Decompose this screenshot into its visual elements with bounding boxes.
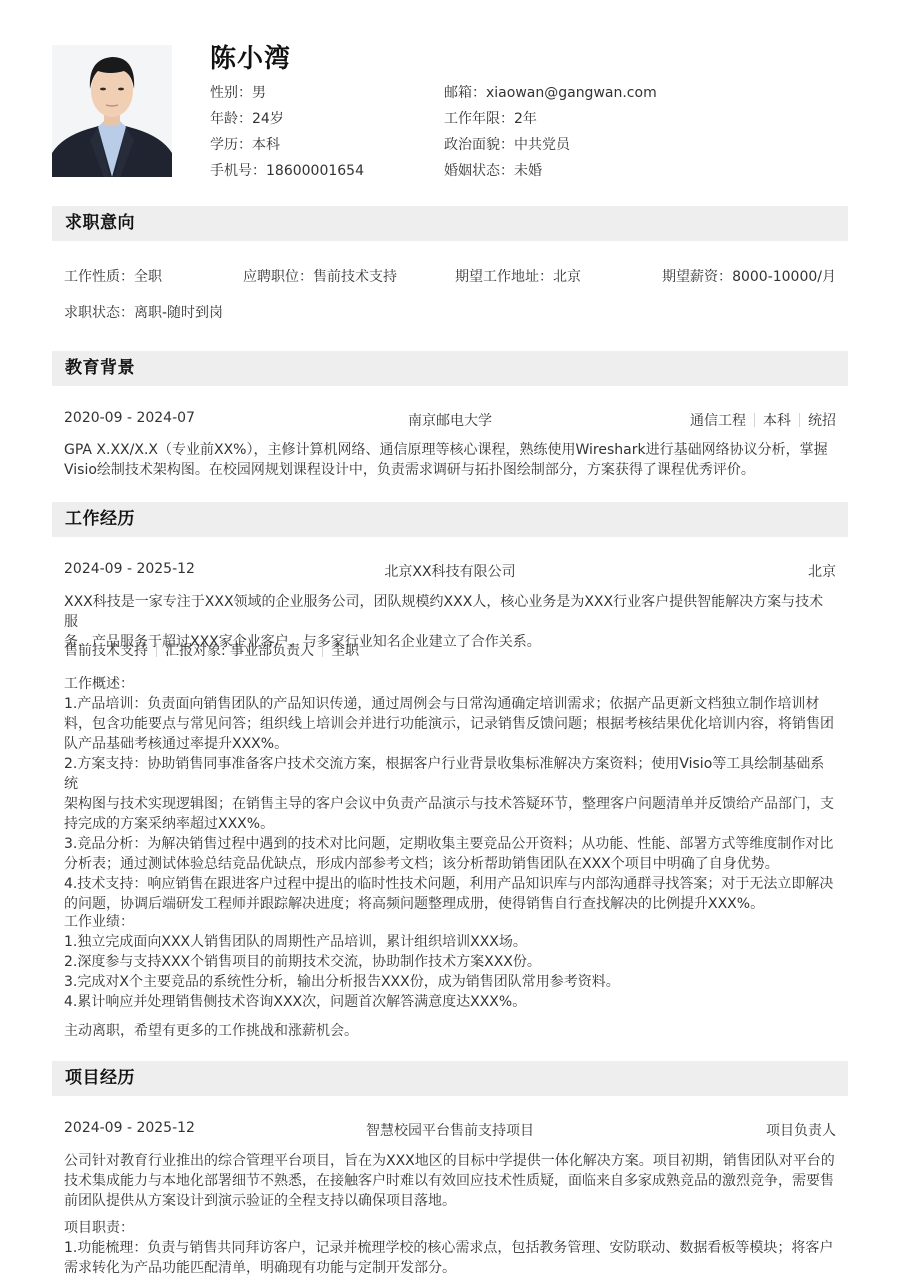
gender-row: 性别：男 bbox=[210, 80, 364, 106]
email-value[interactable]: xiaowan@gangwan.com bbox=[486, 85, 657, 101]
gender-label: 性别： bbox=[210, 85, 252, 101]
education-description: GPA X.XX/X.X（专业前XX%），主修计算机网络、通信原理等核心课程，熟… bbox=[64, 440, 836, 480]
work-years-label: 工作年限： bbox=[444, 111, 514, 127]
basic-info-right: 邮箱：xiaowan@gangwan.com 工作年限：2年 政治面貌：中共党员… bbox=[444, 80, 657, 184]
divider bbox=[754, 413, 755, 427]
text-line: 前团队提供从方案设计到演示验证的全程支持以确保项目落地。 bbox=[64, 1191, 836, 1211]
intent-label: 期望薪资： bbox=[662, 269, 732, 285]
achievements-title: 工作业绩： bbox=[64, 912, 836, 932]
phone-value[interactable]: 18600001654 bbox=[266, 163, 364, 179]
work-years-row: 工作年限：2年 bbox=[444, 106, 657, 132]
email-label: 邮箱： bbox=[444, 85, 486, 101]
text-line: 4.累计响应并处理销售侧技术咨询XXX次，问题首次解答满意度达XXX%。 bbox=[64, 992, 836, 1012]
profile-photo bbox=[52, 45, 172, 177]
intent-value: 离职-随时到岗 bbox=[134, 305, 223, 321]
summary-title: 工作概述： bbox=[64, 674, 836, 694]
section-header-education: 教育背景 bbox=[52, 351, 848, 386]
section-title: 工作经历 bbox=[65, 502, 135, 537]
age-label: 年龄： bbox=[210, 111, 252, 127]
intent-label: 应聘职位： bbox=[243, 269, 313, 285]
report-to-tag: 汇报对象: 事业部负责人 bbox=[165, 643, 314, 659]
enrollment-tag: 统招 bbox=[808, 413, 836, 429]
project-name: 智慧校园平台售前支持项目 bbox=[64, 1120, 836, 1140]
text-line: 需求转化为产品功能匹配清单，明确现有功能与定制开发部分。 bbox=[64, 1258, 836, 1275]
marital-status-row: 婚姻状态：未婚 bbox=[444, 158, 657, 184]
intent-label: 工作性质： bbox=[64, 269, 134, 285]
education-tags: 通信工程本科统招 bbox=[690, 410, 836, 430]
candidate-name: 陈小湾 bbox=[210, 38, 291, 75]
work-summary: 工作概述： 1.产品培训：负责面向销售团队的产品知识传递，通过周例会与日常沟通确… bbox=[64, 674, 836, 914]
political-status-row: 政治面貌：中共党员 bbox=[444, 132, 657, 158]
leave-reason: 主动离职，希望有更多的工作挑战和涨薪机会。 bbox=[64, 1020, 836, 1040]
gender-value: 男 bbox=[252, 85, 266, 101]
person-photo-icon bbox=[52, 45, 172, 177]
section-header-job-intent: 求职意向 bbox=[52, 206, 848, 241]
intent-value: 北京 bbox=[553, 269, 581, 285]
work-years-value: 2年 bbox=[514, 111, 537, 127]
text-line: 的问题，协调后端研发工程师并跟踪解决进度；将高频问题整理成册，使得销售自行查找解… bbox=[64, 894, 836, 914]
section-header-work: 工作经历 bbox=[52, 502, 848, 537]
intent-label: 求职状态： bbox=[64, 305, 134, 321]
basic-info-left: 性别：男 年龄：24岁 学历：本科 手机号：18600001654 bbox=[210, 80, 364, 184]
age-value: 24岁 bbox=[252, 111, 284, 127]
text-line: 1.功能梳理：负责与销售共同拜访客户，记录并梳理学校的核心需求点，包括教务管理、… bbox=[64, 1238, 836, 1258]
text-line: 架构图与技术实现逻辑图；在销售主导的客户会议中负责产品演示与技术答疑环节，整理客… bbox=[64, 794, 836, 814]
text-line: 分析表；通过测试体验总结竞品优缺点，形成内部参考文档；该分析帮助销售团队在XXX… bbox=[64, 854, 836, 874]
text-line: Visio绘制技术架构图。在校园网规划课程设计中，负责需求调研与拓扑图绘制部分，… bbox=[64, 460, 836, 480]
intent-work-type: 工作性质：全职 bbox=[64, 266, 162, 286]
intent-position: 应聘职位：售前技术支持 bbox=[243, 266, 397, 286]
text-line: 技术集成能力与本地化部署细节不熟悉，在接触客户时难以有效回应技术性质疑，面临来自… bbox=[64, 1171, 836, 1191]
text-line: 持完成的方案采纳率超过XXX%。 bbox=[64, 814, 836, 834]
age-row: 年龄：24岁 bbox=[210, 106, 364, 132]
degree-tag: 本科 bbox=[763, 413, 791, 429]
text-line: 3.完成对X个主要竞品的系统性分析，输出分析报告XXX份，成为销售团队常用参考资… bbox=[64, 972, 836, 992]
divider bbox=[156, 643, 157, 657]
intent-location: 期望工作地址：北京 bbox=[455, 266, 581, 286]
major-tag: 通信工程 bbox=[690, 413, 746, 429]
text-line: 料，包含功能要点与常见问答；组织线上培训会并进行功能演示，记录销售反馈问题；根据… bbox=[64, 714, 836, 734]
text-line: 队产品基础考核通过率提升XXX%。 bbox=[64, 734, 836, 754]
political-status-label: 政治面貌： bbox=[444, 137, 514, 153]
education-entry-header: 2020-09 - 2024-07 南京邮电大学 通信工程本科统招 bbox=[64, 410, 836, 430]
text-line: XXX科技是一家专注于XXX领域的企业服务公司，团队规模约XXX人，核心业务是为… bbox=[64, 592, 836, 632]
intent-salary: 期望薪资：8000-10000/月 bbox=[662, 266, 836, 286]
project-intro: 公司针对教育行业推出的综合管理平台项目，旨在为XXX地区的目标中学提供一体化解决… bbox=[64, 1151, 836, 1211]
text-line: 2.深度参与支持XXX个销售项目的前期技术交流，协助制作技术方案XXX份。 bbox=[64, 952, 836, 972]
work-location: 北京 bbox=[808, 561, 836, 581]
work-tags: 售前技术支持汇报对象: 事业部负责人全职 bbox=[64, 640, 836, 660]
employment-type-tag: 全职 bbox=[331, 643, 359, 659]
project-role: 项目负责人 bbox=[766, 1120, 836, 1140]
text-line: 4.技术支持：响应销售在跟进客户过程中提出的临时性技术问题，利用产品知识库与内部… bbox=[64, 874, 836, 894]
resume-page: 陈小湾 性别：男 年龄：24岁 学历：本科 手机号：18600001654 邮箱… bbox=[0, 0, 900, 1275]
divider bbox=[799, 413, 800, 427]
text-line: GPA X.XX/X.X（专业前XX%），主修计算机网络、通信原理等核心课程，熟… bbox=[64, 440, 836, 460]
degree-row: 学历：本科 bbox=[210, 132, 364, 158]
political-status-value: 中共党员 bbox=[514, 137, 570, 153]
intent-value: 售前技术支持 bbox=[313, 269, 397, 285]
marital-status-label: 婚姻状态： bbox=[444, 163, 514, 179]
duties-title: 项目职责： bbox=[64, 1218, 836, 1238]
intent-status: 求职状态：离职-随时到岗 bbox=[64, 302, 223, 322]
text-line: 公司针对教育行业推出的综合管理平台项目，旨在为XXX地区的目标中学提供一体化解决… bbox=[64, 1151, 836, 1171]
text-line: 3.竞品分析：为解决销售过程中遇到的技术对比问题，定期收集主要竞品公开资料；从功… bbox=[64, 834, 836, 854]
work-entry-header: 2024-09 - 2025-12 北京XX科技有限公司 北京 bbox=[64, 561, 836, 581]
intent-value: 8000-10000/月 bbox=[732, 269, 836, 285]
section-header-projects: 项目经历 bbox=[52, 1061, 848, 1096]
intent-label: 期望工作地址： bbox=[455, 269, 553, 285]
section-title: 教育背景 bbox=[65, 351, 135, 386]
work-company: 北京XX科技有限公司 bbox=[64, 561, 836, 581]
phone-label: 手机号： bbox=[210, 163, 266, 179]
role-tag: 售前技术支持 bbox=[64, 643, 148, 659]
section-title: 求职意向 bbox=[65, 206, 135, 241]
work-achievements: 工作业绩： 1.独立完成面向XXX人销售团队的周期性产品培训，累计组织培训XXX… bbox=[64, 912, 836, 1012]
text-line: 1.产品培训：负责面向销售团队的产品知识传递，通过周例会与日常沟通确定培训需求；… bbox=[64, 694, 836, 714]
email-row: 邮箱：xiaowan@gangwan.com bbox=[444, 80, 657, 106]
degree-label: 学历： bbox=[210, 137, 252, 153]
marital-status-value: 未婚 bbox=[514, 163, 542, 179]
phone-row: 手机号：18600001654 bbox=[210, 158, 364, 184]
degree-value: 本科 bbox=[252, 137, 280, 153]
project-duties: 项目职责： 1.功能梳理：负责与销售共同拜访客户，记录并梳理学校的核心需求点，包… bbox=[64, 1218, 836, 1275]
project-entry-header: 2024-09 - 2025-12 智慧校园平台售前支持项目 项目负责人 bbox=[64, 1120, 836, 1140]
text-line: 1.独立完成面向XXX人销售团队的周期性产品培训，累计组织培训XXX场。 bbox=[64, 932, 836, 952]
section-title: 项目经历 bbox=[65, 1061, 135, 1096]
intent-value: 全职 bbox=[134, 269, 162, 285]
text-line: 2.方案支持：协助销售同事准备客户技术交流方案，根据客户行业背景收集标准解决方案… bbox=[64, 754, 836, 794]
divider bbox=[322, 643, 323, 657]
